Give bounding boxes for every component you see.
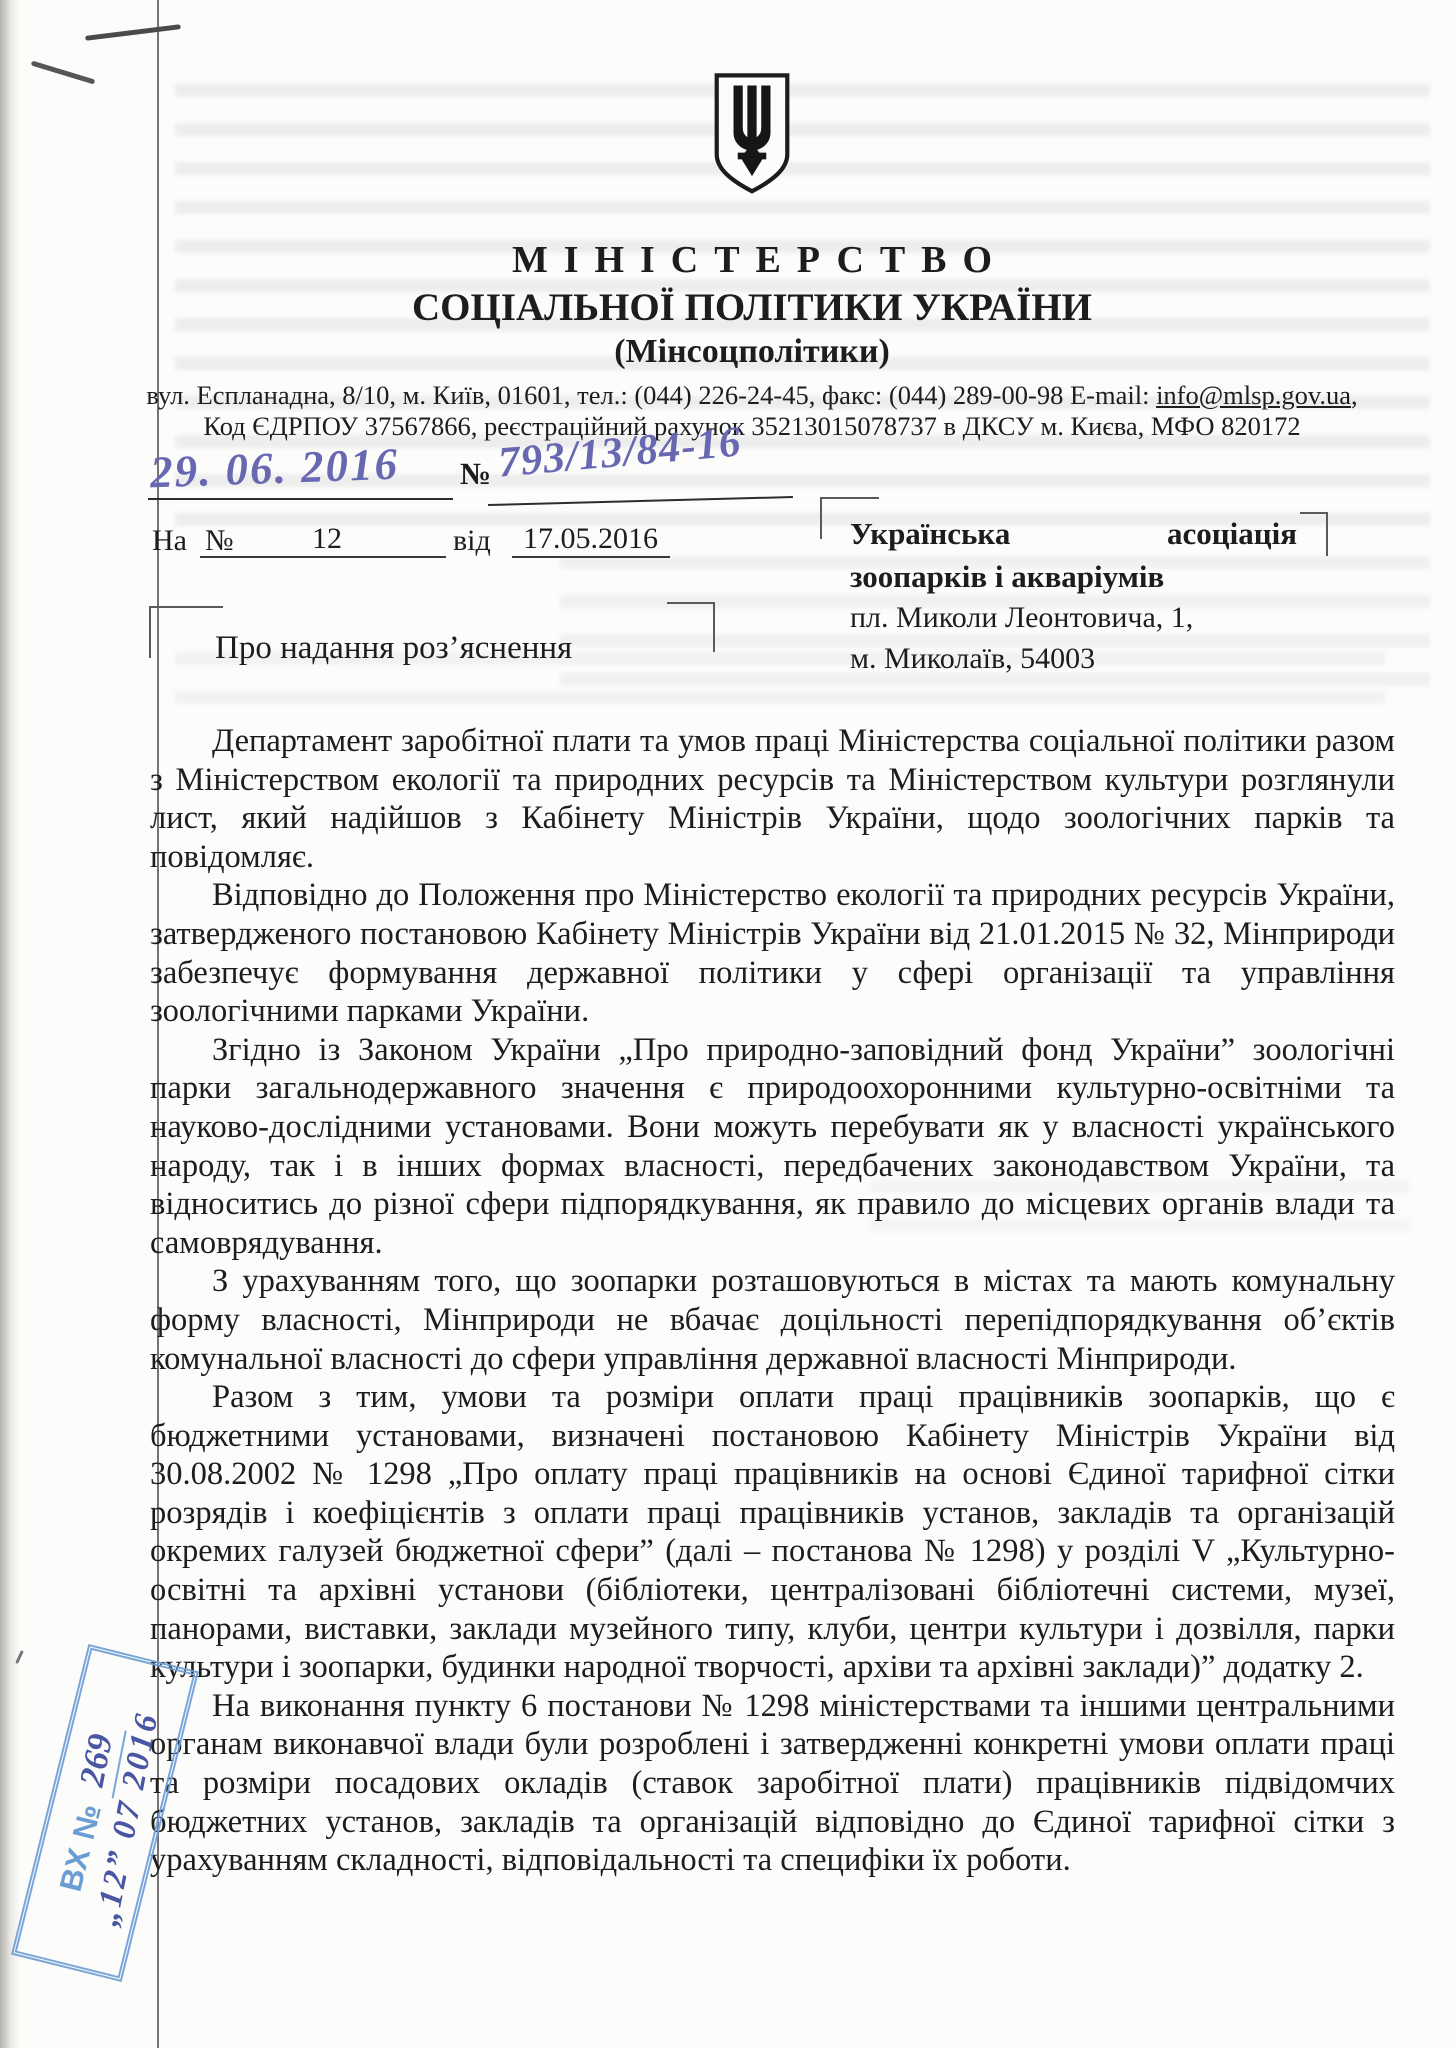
contact-line-comma: , — [1351, 380, 1358, 410]
body-paragraph: На виконання пункту 6 постанови № 1298 м… — [150, 1687, 1395, 1880]
email-address: info@mlsp.gov.ua — [1156, 380, 1351, 410]
recipient-name-word-right: асоціація — [1167, 514, 1297, 553]
reply-ref-prefix: На — [152, 524, 187, 558]
letterhead: МІНІСТЕРСТВО СОЦІАЛЬНОЇ ПОЛІТИКИ УКРАЇНИ… — [92, 60, 1412, 442]
letter-body: Департамент заробітної плати та умов пра… — [150, 722, 1395, 1880]
ukraine-trident-emblem — [710, 60, 794, 210]
number-blank-line — [488, 496, 793, 506]
recipient-name-word-left: Українська — [850, 514, 1010, 553]
corner-mark — [1300, 512, 1328, 556]
scanned-letter-page: МІНІСТЕРСТВО СОЦІАЛЬНОЇ ПОЛІТИКИ УКРАЇНИ… — [0, 0, 1456, 2048]
body-paragraph: Разом з тим, умови та розміри оплати пра… — [150, 1378, 1395, 1687]
body-paragraph: Згідно із Законом України „Про природно-… — [150, 1031, 1395, 1263]
body-paragraph: Департамент заробітної плати та умов пра… — [150, 722, 1395, 876]
reply-ref-number-sign: № — [205, 524, 234, 558]
ministry-short-name: (Мінсоцполітики) — [92, 332, 1412, 372]
body-paragraph: Відповідно до Положення про Міністерство… — [150, 876, 1395, 1030]
reply-ref-number: 12 — [312, 522, 342, 556]
recipient-city: м. Миколаїв, 54003 — [850, 639, 1297, 678]
corner-mark — [149, 606, 223, 658]
pen-mark — [85, 24, 181, 41]
contact-address-text: вул. Еспланадна, 8/10, м. Київ, 01601, т… — [146, 380, 1156, 410]
scan-edge-shadow — [0, 0, 20, 2048]
contact-line-address: вул. Еспланадна, 8/10, м. Київ, 01601, т… — [92, 380, 1412, 411]
ministry-name-line2: СОЦІАЛЬНОЇ ПОЛІТИКИ УКРАЇНИ — [92, 286, 1412, 330]
recipient-name-line1: Українська асоціація — [850, 514, 1297, 553]
ministry-name-line1: МІНІСТЕРСТВО — [92, 238, 1412, 282]
reply-ref-from-label: від — [453, 524, 491, 558]
recipient-block: Українська асоціація зоопарків і акваріу… — [850, 514, 1297, 678]
reply-number-blank-line — [200, 556, 446, 558]
recipient-name-line2: зоопарків і акваріумів — [850, 557, 1297, 596]
contact-line-registration: Код ЄДРПОУ 37567866, реєстраційний рахун… — [92, 411, 1412, 442]
outgoing-date-handwritten: 29. 06. 2016 — [149, 438, 400, 499]
subject-line: Про надання роз’яснення — [215, 630, 572, 667]
reply-ref-date: 17.05.2016 — [523, 522, 658, 556]
pen-mark — [31, 60, 96, 84]
outgoing-number-sign: № — [460, 456, 491, 492]
reply-date-blank-line — [512, 556, 670, 558]
corner-mark — [667, 602, 715, 652]
body-paragraph: З урахуванням того, що зоопарки розташов… — [150, 1262, 1395, 1378]
date-blank-line — [148, 498, 453, 500]
recipient-street: пл. Миколи Леонтовича, 1, — [850, 598, 1297, 637]
